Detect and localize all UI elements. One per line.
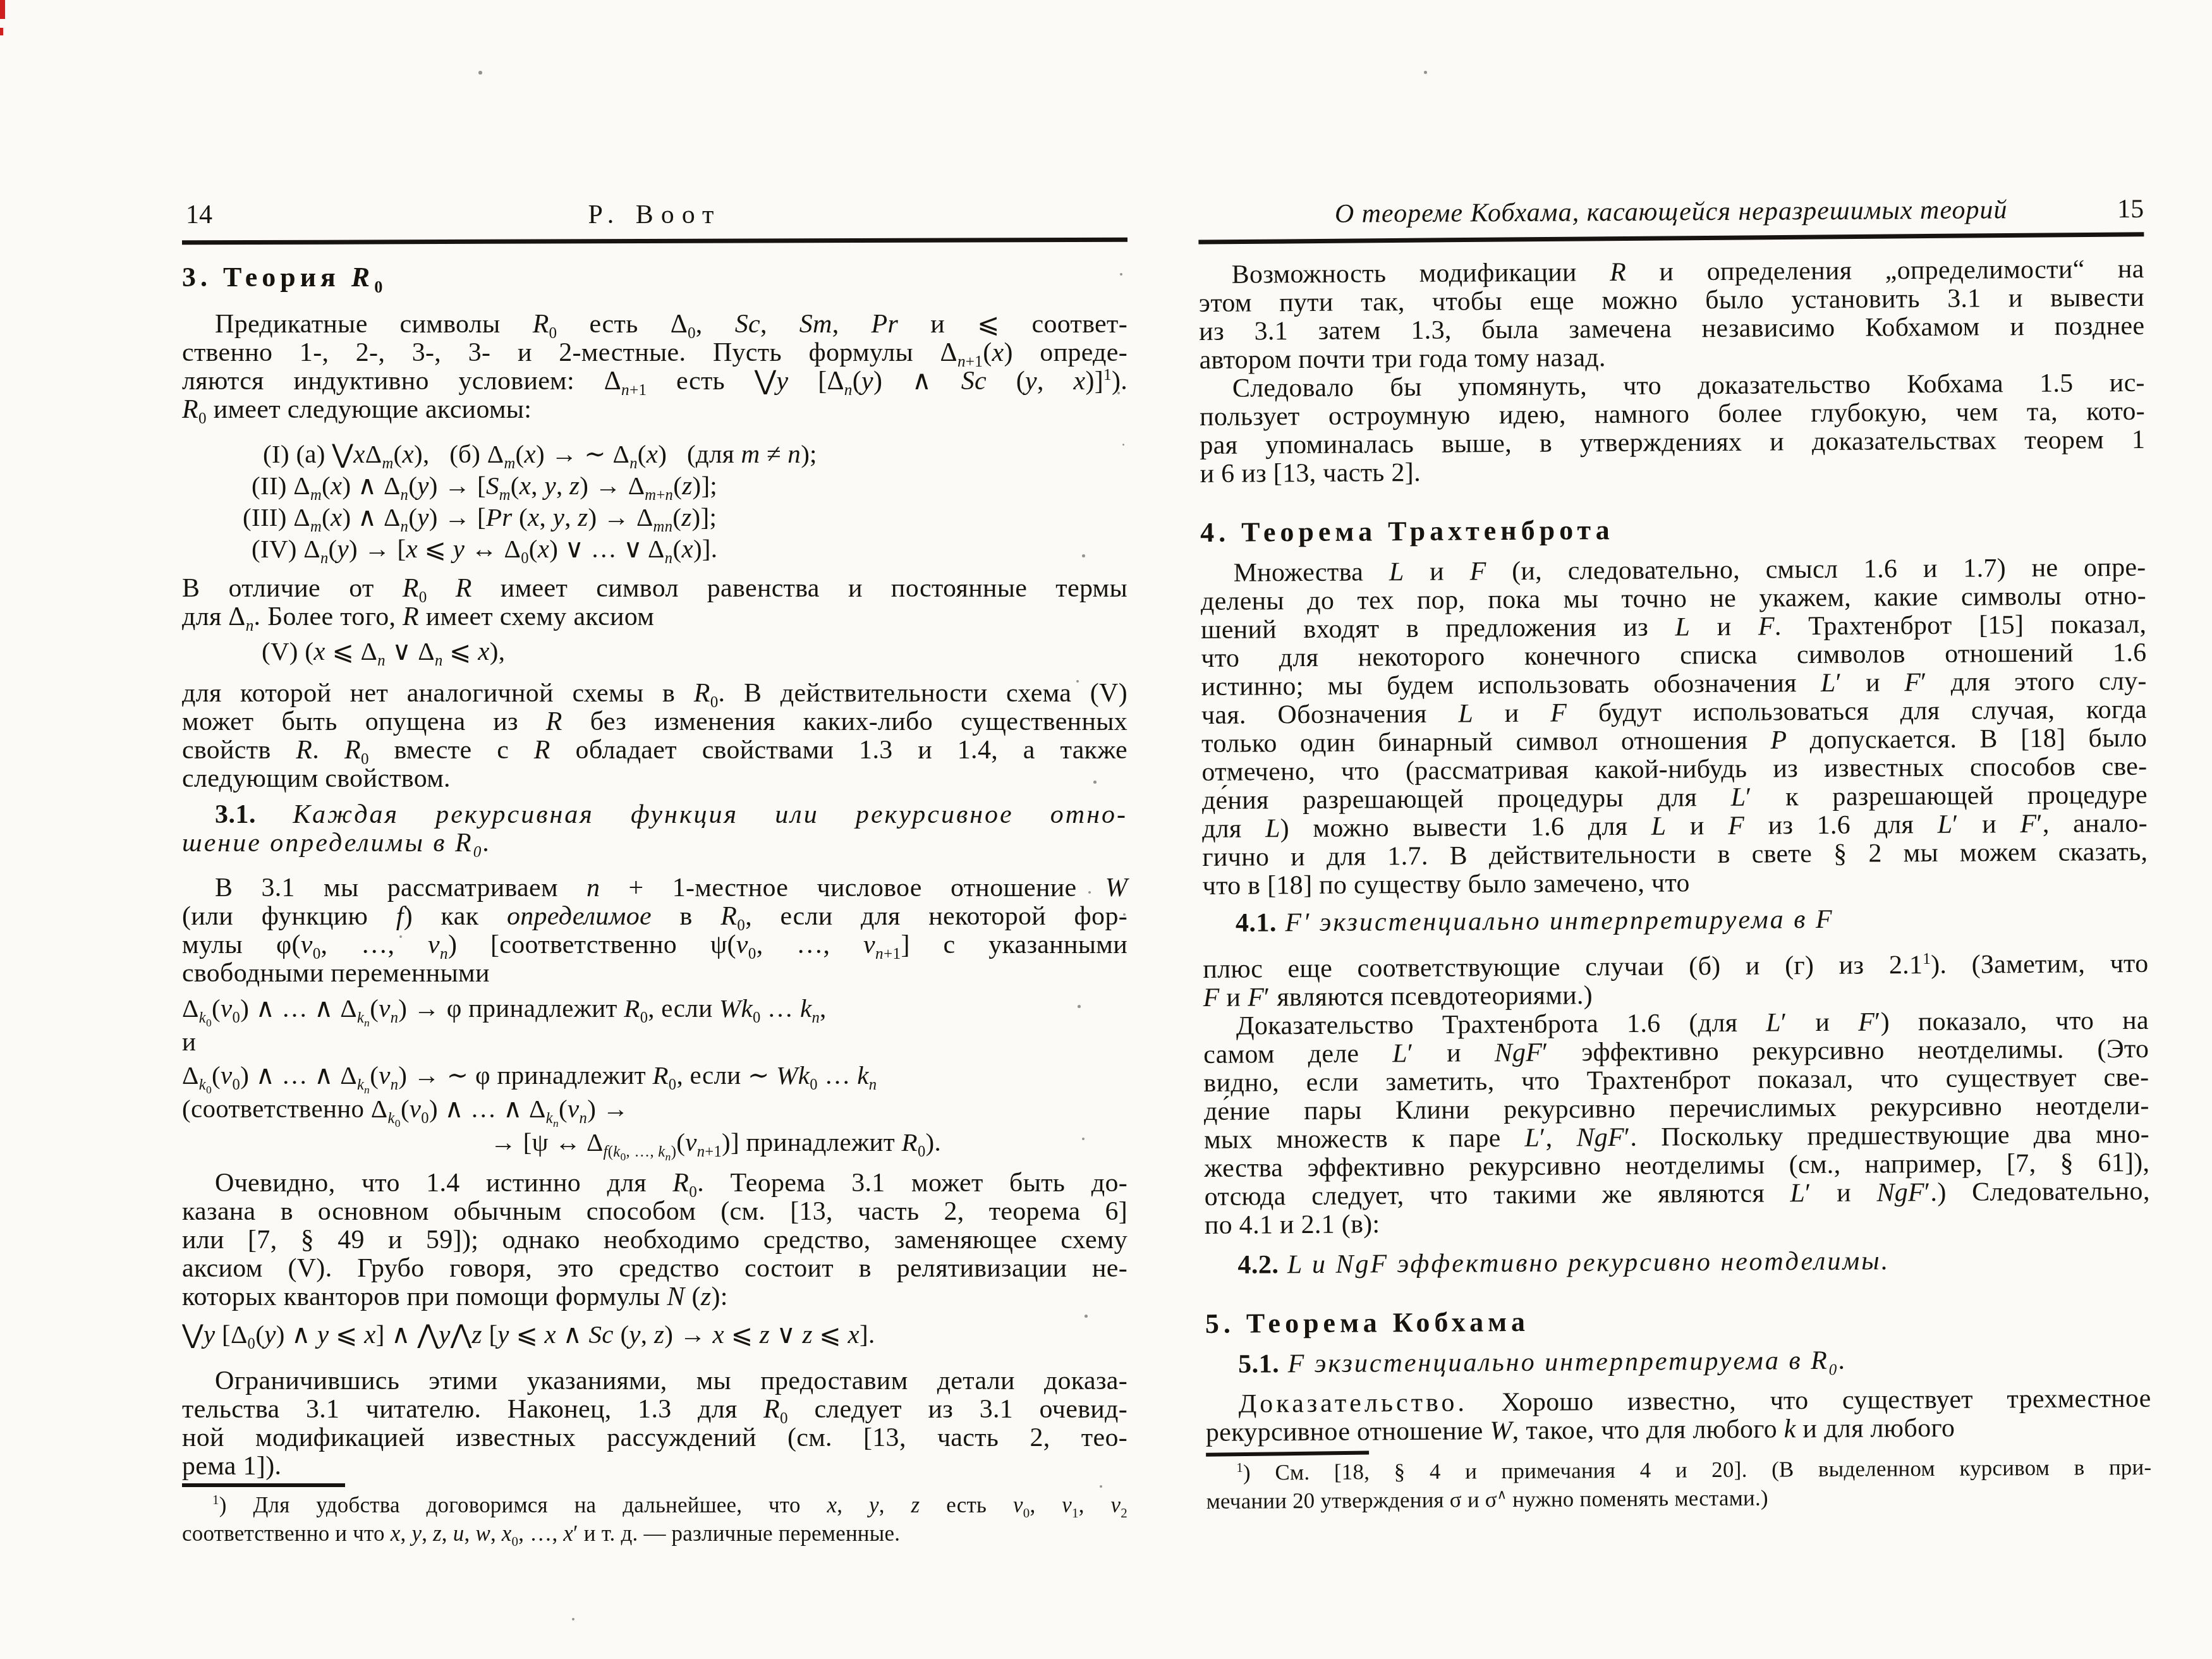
scan-speckle: [1079, 746, 1082, 748]
formula-block: ⋁y [Δ0(y) ∧ y ⩽ x] ∧ ⋀y⋀z [y ⩽ x ∧ Sc (y…: [182, 1318, 1127, 1351]
section-heading: 4. Теорема Трахтенброта: [1200, 511, 2146, 549]
footnote-line: мечании 20 утверждения σ и σ∧ нужно поме…: [1206, 1483, 2151, 1517]
formula-line: (V) (x ⩽ Δn ∨ Δn ⩽ x),: [182, 635, 1127, 667]
text-line: может быть опущена из R без изменения ка…: [182, 708, 1127, 736]
text-line: плюс еще соответствующие случаи (б) и (г…: [1203, 950, 2148, 984]
formula-block: (V) (x ⩽ Δn ∨ Δn ⩽ x),: [182, 635, 1127, 667]
scan-speckle: [1120, 273, 1122, 276]
formula-line: (III) Δm(x) ∧ Δn(y) → [Pr (x, y, z) → Δm…: [182, 501, 1127, 533]
scan-speckle: [1117, 392, 1120, 394]
text-line: рая упоминалась выше, в утверждениях и д…: [1200, 426, 2145, 460]
paragraph: для которой нет аналогичной схемы в R0. …: [182, 679, 1127, 793]
text-line: для Δn. Более того, R имеет схему аксиом: [182, 603, 1127, 631]
formula-block: (I) (а) ⋁xΔm(x), (б) Δm(x) → ∼ Δn(x) (дл…: [182, 438, 1127, 564]
formula-line: (I) (а) ⋁xΔm(x), (б) Δm(x) → ∼ Δn(x) (дл…: [182, 438, 1127, 470]
text-line: 5.1. F экзистенциально интерпретируема в…: [1205, 1345, 2151, 1379]
text-line: и 6 из [13, часть 2].: [1200, 454, 2146, 489]
running-head-right: О теореме Кобхама, касающейся неразрешим…: [1198, 194, 2144, 230]
scan-speckle: [478, 71, 482, 75]
text-line: Ограничившись этими указаниями, мы предо…: [182, 1367, 1127, 1395]
scan-speckle: [1123, 913, 1126, 916]
text-line: 4.1. F′ экзистенциально интерпретируема …: [1203, 904, 2148, 938]
text-line: В 3.1 мы рассматриваем n + 1-местное чис…: [182, 874, 1127, 902]
text-line: ственно 1-, 2-, 3-, 3- и 2-местные. Пуст…: [182, 339, 1127, 367]
paragraph: В 3.1 мы рассматриваем n + 1-местное чис…: [182, 874, 1127, 988]
text-line: для которой нет аналогичной схемы в R0. …: [182, 679, 1127, 708]
text-line: казана в основном обычным способом (см. …: [182, 1198, 1127, 1226]
text-line: рема 1]).: [182, 1452, 1127, 1481]
text-line: Очевидно, что 1.4 истинно для R0. Теорем…: [182, 1169, 1127, 1198]
text-line: мулы φ(v0, …, vn) [соответственно ψ(v0, …: [182, 931, 1127, 959]
scan-speckle: [1088, 891, 1091, 894]
section-heading: 3. Теория R0: [182, 261, 1127, 294]
text-line: гично и для 1.7. В действительности в св…: [1202, 838, 2148, 872]
paragraph: Доказательство Трахтенброта 1.6 (для L′ …: [1203, 1007, 2150, 1240]
scan-speckle: [1082, 1138, 1085, 1140]
text-line: свойств R. R0 вместе с R обладает свойст…: [182, 736, 1127, 765]
formula-line: Δk0(v0) ∧ … ∧ Δkn(vn) → ∼ φ принадлежит …: [182, 1059, 1127, 1092]
scan-speckle: [1076, 680, 1079, 683]
text-line: ляются индуктивно условием: Δn+1 есть ⋁y…: [182, 367, 1127, 396]
scan-speckle: [399, 935, 402, 938]
formula-line: → [ψ ↔ Δf(k0, …, kn)(vn+1)] принадлежит …: [182, 1126, 1127, 1159]
text-line: Предикатные символы R0 есть Δ0, Sc, Sm, …: [182, 310, 1127, 339]
scan-speckle: [1093, 781, 1097, 784]
text-line: или [7, § 49 и 59]); однако необходимо с…: [182, 1226, 1127, 1255]
theorem-statement: 4.2. L и NgF эффективно рекурсивно неотд…: [1205, 1246, 2150, 1280]
scan-speckle: [1100, 1485, 1102, 1488]
formula-line: Δk0(v0) ∧ … ∧ Δkn(vn) → φ принадлежит R0…: [182, 992, 1127, 1025]
paragraph: Возможность модификации R и определения …: [1199, 255, 2145, 375]
footnote-line: 1) Для удобства договоримся на дальнейше…: [182, 1492, 1127, 1521]
scan-speckle: [1122, 444, 1124, 446]
paragraph: плюс еще соответствующие случаи (б) и (г…: [1203, 950, 2149, 1012]
page-left-header: 14 Р. Воот: [182, 200, 1127, 236]
page-number-right: 15: [2117, 194, 2144, 224]
paragraph: Множества L и F (и, следовательно, смысл…: [1200, 554, 2148, 901]
scan-red-edge-mark: [0, 0, 5, 19]
text-line: 4.2. L и NgF эффективно рекурсивно неотд…: [1205, 1246, 2150, 1280]
text-line: ной модификацией известных рассуждений (…: [182, 1424, 1127, 1452]
formula-line: ⋁y [Δ0(y) ∧ y ⩽ x] ∧ ⋀y⋀z [y ⩽ x ∧ Sc (y…: [182, 1318, 1127, 1351]
text-line: R0 имеет следующие аксиомы:: [182, 396, 1127, 424]
scan-speckle: [1424, 71, 1427, 74]
theorem-statement: 3.1. Каждая рекурсивная функция или реку…: [182, 801, 1127, 858]
text-line: шение определимы в R0.: [182, 829, 1127, 858]
text-line: Доказательство. Хорошо известно, что сущ…: [1206, 1385, 2151, 1419]
footnote: 1) Для удобства договоримся на дальнейше…: [182, 1492, 1127, 1549]
running-head-left: Р. Воот: [182, 200, 1127, 230]
text-line: тельства 3.1 читателю. Наконец, 1.3 для …: [182, 1395, 1127, 1424]
theorem-statement: 5.1. F экзистенциально интерпретируема в…: [1205, 1345, 2151, 1379]
text-line: В отличие от R0 R имеет символ равенства…: [182, 574, 1127, 603]
footnote: 1) См. [18, § 4 и примечания 4 и 20]. (В…: [1206, 1454, 2152, 1517]
text-line: из 3.1 затем 1.3, была замечена независи…: [1199, 312, 2144, 346]
paragraph: Ограничившись этими указаниями, мы предо…: [182, 1367, 1127, 1481]
scan-speckle: [1124, 943, 1126, 945]
footnote-rule: [1206, 1450, 1369, 1456]
scanned-book-spread: { "meta": { "background": "#fbfaf6", "in…: [0, 0, 2212, 1659]
scan-speckle: [1085, 1315, 1088, 1318]
paragraph: Предикатные символы R0 есть Δ0, Sc, Sm, …: [182, 310, 1127, 424]
formula-line: и: [182, 1025, 1127, 1059]
scan-speckle: [572, 1618, 574, 1620]
text-line: свободными переменными: [182, 959, 1127, 988]
page-right: О теореме Кобхама, касающейся неразрешим…: [1198, 194, 2152, 1517]
header-rule-left: [182, 238, 1127, 245]
text-line: рекурсивное отношение W, такое, что для …: [1206, 1413, 2151, 1447]
section-heading: 5. Теорема Кобхама: [1205, 1302, 2151, 1340]
paragraph: Следовало бы упомянуть, что доказательст…: [1200, 369, 2146, 489]
page-left-body: 3. Теория R0Предикатные символы R0 есть …: [182, 261, 1127, 1549]
footnote-rule: [182, 1483, 345, 1487]
formula-line: (соответственно Δk0(v0) ∧ … ∧ Δkn(vn) →: [182, 1092, 1127, 1126]
text-line: что в [18] по существу было замечено, чт…: [1202, 866, 2148, 901]
text-line: которых кванторов при помощи формулы N (…: [182, 1283, 1127, 1311]
scan-red-edge-mark: [0, 28, 3, 35]
scan-speckle: [1082, 554, 1085, 557]
page-right-header: О теореме Кобхама, касающейся неразрешим…: [1198, 194, 2144, 236]
scan-speckle: [1078, 1005, 1081, 1008]
text-line: 3.1. Каждая рекурсивная функция или реку…: [182, 801, 1127, 829]
text-line: аксиом (V). Грубо говоря, это средство с…: [182, 1255, 1127, 1283]
theorem-statement: 4.1. F′ экзистенциально интерпретируема …: [1203, 904, 2148, 938]
page-number-left: 14: [186, 200, 212, 230]
text-line: следующим свойством.: [182, 765, 1127, 793]
footnote-line: соответственно и что x, y, z, u, w, x0, …: [182, 1521, 1127, 1549]
paragraph: Доказательство. Хорошо известно, что сущ…: [1206, 1385, 2152, 1447]
formula-line: (IV) Δn(y) → [x ⩽ y ↔ Δ0(x) ∨ … ∨ Δn(x)]…: [182, 533, 1127, 564]
page-right-body: Возможность модификации R и определения …: [1199, 255, 2152, 1517]
text-line: по 4.1 и 2.1 (в):: [1205, 1206, 2150, 1240]
text-line: отсюда следует, что такими же являются L…: [1205, 1177, 2150, 1212]
paragraph: Очевидно, что 1.4 истинно для R0. Теорем…: [182, 1169, 1127, 1311]
text-line: (или функцию f) как определимое в R0, ес…: [182, 902, 1127, 931]
page-left: 14 Р. Воот 3. Теория R0Предикатные симво…: [182, 200, 1127, 1549]
paragraph: В отличие от R0 R имеет символ равенства…: [182, 574, 1127, 631]
formula-line: (II) Δm(x) ∧ Δn(y) → [Sm(x, y, z) → Δm+n…: [182, 470, 1127, 501]
formula-block: Δk0(v0) ∧ … ∧ Δkn(vn) → φ принадлежит R0…: [182, 992, 1127, 1159]
